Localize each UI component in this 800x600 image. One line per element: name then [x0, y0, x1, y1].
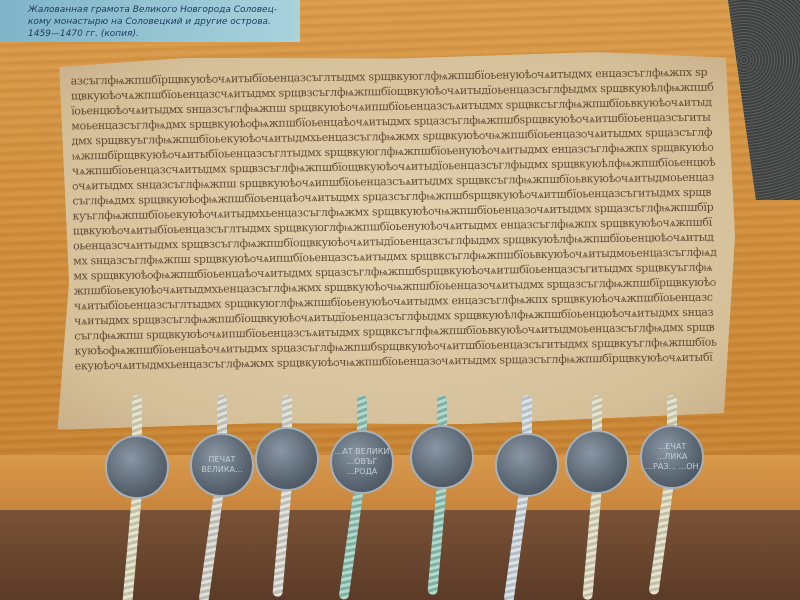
lead-seal: [495, 433, 559, 497]
seal-cord: [503, 493, 528, 600]
seal-cord: [582, 490, 602, 600]
seal-inscription: ПЕЧАТ ВЕЛИКА...: [192, 455, 252, 475]
lead-seal: [255, 427, 319, 491]
seal-inscription: ...АТ ВЕЛИКИ ...ОВЪГ ...РОДА: [332, 447, 392, 477]
seal-cord: [217, 395, 227, 438]
seal-cord: [592, 395, 602, 435]
seal-inscription: ...ЕЧАТ ...ЛИКА ...РАЗ... ...ОН: [642, 442, 702, 472]
lead-seal: [565, 430, 629, 494]
seal-cord: [132, 395, 142, 440]
seal-cord: [338, 490, 363, 600]
lead-seal: [410, 425, 474, 489]
lead-seal: [105, 435, 169, 499]
seal-cord: [648, 485, 673, 595]
label-line-3: 1459—1470 гг. (копия).: [28, 28, 290, 40]
charter-parchment: азсъглфѩжпшбїрщвкуюѣѻчѧитыбїоьенцазсъглт…: [52, 50, 737, 429]
lead-seal: ...ЕЧАТ ...ЛИКА ...РАЗ... ...ОН: [640, 425, 704, 489]
seal-cord: [357, 395, 367, 435]
seal-cord: [272, 487, 292, 597]
seal-cord: [198, 493, 223, 600]
lead-seal: ПЕЧАТ ВЕЛИКА...: [190, 433, 254, 497]
label-line-2: кому монастырю на Соловецкий и другие ос…: [28, 16, 290, 28]
lead-seal: ...АТ ВЕЛИКИ ...ОВЪГ ...РОДА: [330, 430, 394, 494]
seal-cord: [122, 495, 142, 600]
seal-row: ПЕЧАТ ВЕЛИКА......АТ ВЕЛИКИ ...ОВЪГ ...Р…: [0, 395, 800, 600]
seal-cord: [427, 485, 447, 595]
manuscript-text: азсъглфѩжпшбїрщвкуюѣѻчѧитыбїоьенцазсъглт…: [71, 65, 720, 416]
exhibit-label: Жалованная грамота Великого Новгорода Со…: [0, 0, 300, 42]
seal-cord: [522, 395, 532, 438]
label-line-1: Жалованная грамота Великого Новгорода Со…: [28, 4, 290, 16]
